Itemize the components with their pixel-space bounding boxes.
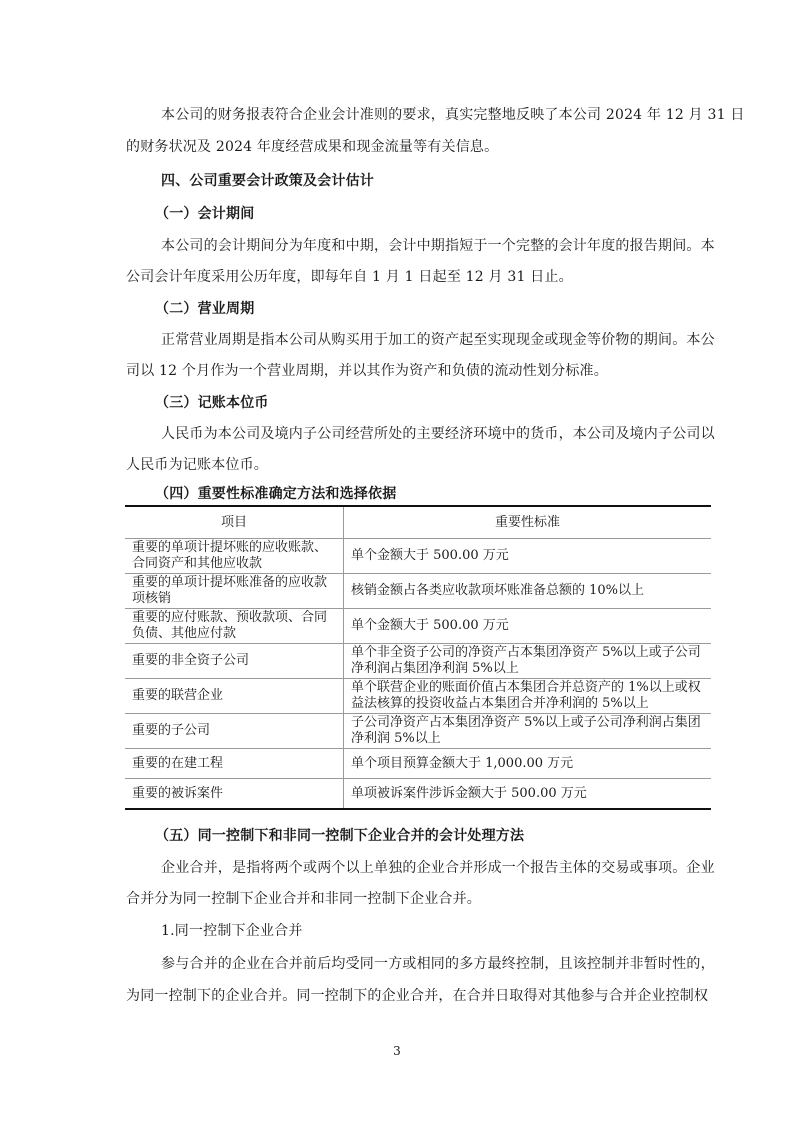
paragraph-accounting-period-line2: 公司会计年度采用公历年度，即每年自 1 月 1 日起至 12 月 31 日止。 xyxy=(126,268,711,286)
table-cell-standard: 单个金额大于 500.00 万元 xyxy=(344,609,712,644)
paragraph-operating-cycle-line2: 司以 12 个月作为一个营业周期，并以其作为资产和负债的流动性划分标准。 xyxy=(126,362,711,380)
paragraph-functional-currency-line2: 人民币为记账本位币。 xyxy=(126,456,711,474)
table-row: 重要的在建工程 单个项目预算金额大于 1,000.00 万元 xyxy=(125,749,711,779)
table-cell-standard: 子公司净资产占本集团净资产 5%以上或子公司净利润占集团净利润 5%以上 xyxy=(344,714,712,749)
table-row: 重要的应付账款、预收款项、合同负债、其他应付款 单个金额大于 500.00 万元 xyxy=(125,609,711,644)
table-header-standard: 重要性标准 xyxy=(344,506,712,539)
subheading-common-control: 1.同一控制下企业合并 xyxy=(161,922,746,940)
paragraph-compliance-line1: 本公司的财务报表符合企业会计准则的要求，真实完整地反映了本公司 2024 年 1… xyxy=(161,106,746,124)
table-cell-standard: 单个金额大于 500.00 万元 xyxy=(344,539,712,574)
table-cell-item: 重要的联营企业 xyxy=(125,679,344,714)
table-header-row: 项目 重要性标准 xyxy=(125,506,711,539)
table-cell-item: 重要的在建工程 xyxy=(125,749,344,779)
table-cell-standard: 核销金额占各类应收款项坏账准备总额的 10%以上 xyxy=(344,574,712,609)
materiality-table: 项目 重要性标准 重要的单项计提坏账的应收账款、合同资产和其他应收款 单个金额大… xyxy=(125,505,711,810)
subsection-title-accounting-period: （一）会计期间 xyxy=(155,205,740,223)
paragraph-common-control-line2: 为同一控制下的企业合并。同一控制下的企业合并，在合并日取得对其他参与合并企业控制… xyxy=(126,987,711,1005)
page-number: 3 xyxy=(0,1044,794,1058)
table-cell-item: 重要的单项计提坏账准备的应收款项核销 xyxy=(125,574,344,609)
table-cell-item: 重要的单项计提坏账的应收账款、合同资产和其他应收款 xyxy=(125,539,344,574)
paragraph-accounting-period-line1: 本公司的会计期间分为年度和中期，会计中期指短于一个完整的会计年度的报告期间。本 xyxy=(161,237,746,255)
section-title: 四、公司重要会计政策及会计估计 xyxy=(161,172,746,190)
table-cell-item: 重要的被诉案件 xyxy=(125,779,344,810)
table-row: 重要的被诉案件 单项被诉案件涉诉金额大于 500.00 万元 xyxy=(125,779,711,810)
table-row: 重要的单项计提坏账准备的应收款项核销 核销金额占各类应收款项坏账准备总额的 10… xyxy=(125,574,711,609)
table-cell-standard: 单项被诉案件涉诉金额大于 500.00 万元 xyxy=(344,779,712,810)
table-row: 重要的单项计提坏账的应收账款、合同资产和其他应收款 单个金额大于 500.00 … xyxy=(125,539,711,574)
paragraph-compliance-line2: 的财务状况及 2024 年度经营成果和现金流量等有关信息。 xyxy=(126,138,711,156)
table-cell-standard: 单个项目预算金额大于 1,000.00 万元 xyxy=(344,749,712,779)
subsection-title-business-combination: （五）同一控制下和非同一控制下企业合并的会计处理方法 xyxy=(155,827,740,845)
paragraph-operating-cycle-line1: 正常营业周期是指本公司从购买用于加工的资产起至实现现金或现金等价物的期间。本公 xyxy=(161,331,746,349)
table-cell-standard: 单个非全资子公司的净资产占本集团净资产 5%以上或子公司净利润占集团净利润 5%… xyxy=(344,644,712,679)
paragraph-business-combination-line1: 企业合并，是指将两个或两个以上单独的企业合并形成一个报告主体的交易或事项。企业 xyxy=(161,859,746,877)
table-cell-standard: 单个联营企业的账面价值占本集团合并总资产的 1%以上或权益法核算的投资收益占本集… xyxy=(344,679,712,714)
table-cell-item: 重要的应付账款、预收款项、合同负债、其他应付款 xyxy=(125,609,344,644)
table-row: 重要的非全资子公司 单个非全资子公司的净资产占本集团净资产 5%以上或子公司净利… xyxy=(125,644,711,679)
subsection-title-materiality: （四）重要性标准确定方法和选择依据 xyxy=(155,485,740,503)
paragraph-functional-currency-line1: 人民币为本公司及境内子公司经营所处的主要经济环境中的货币，本公司及境内子公司以 xyxy=(161,425,746,443)
table-cell-item: 重要的非全资子公司 xyxy=(125,644,344,679)
paragraph-business-combination-line2: 合并分为同一控制下企业合并和非同一控制下企业合并。 xyxy=(126,890,711,908)
table-header-item: 项目 xyxy=(125,506,344,539)
table-row: 重要的子公司 子公司净资产占本集团净资产 5%以上或子公司净利润占集团净利润 5… xyxy=(125,714,711,749)
table-cell-item: 重要的子公司 xyxy=(125,714,344,749)
paragraph-common-control-line1: 参与合并的企业在合并前后均受同一方或相同的多方最终控制，且该控制并非暂时性的， xyxy=(161,955,746,973)
table-row: 重要的联营企业 单个联营企业的账面价值占本集团合并总资产的 1%以上或权益法核算… xyxy=(125,679,711,714)
subsection-title-operating-cycle: （二）营业周期 xyxy=(155,300,740,318)
subsection-title-functional-currency: （三）记账本位币 xyxy=(155,394,740,412)
document-page: 本公司的财务报表符合企业会计准则的要求，真实完整地反映了本公司 2024 年 1… xyxy=(0,0,794,1122)
